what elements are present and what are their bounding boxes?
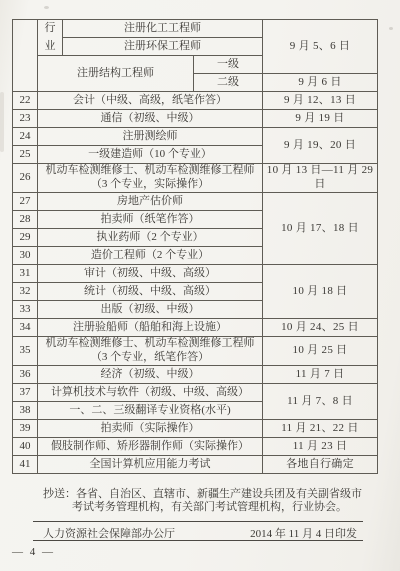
exam-date: 10 月 18 日 [263,265,378,319]
project-name: 出版（初级、中级） [38,301,263,319]
project-name: 执业药师（2 个专业） [38,229,263,247]
project-name: 机动车检测维修士、机动车检测维修工程师（3 个专业，纸笔作答） [38,337,263,366]
row-number: 40 [13,438,38,456]
cc-note: 抄送：各省、自治区、直辖市、新疆生产建设兵团及有关副省级市 考试考务管理机构，有… [43,488,365,514]
row-number: 28 [13,211,38,229]
exam-date: 11 月 7 日 [263,366,378,384]
table-row: 36 经济（初级、中级） 11 月 7 日 [13,366,378,384]
project-name: 注册化工工程师 [63,20,263,38]
scan-artifact [44,6,49,9]
row-number: 31 [13,265,38,283]
project-name: 注册测绘师 [38,128,263,146]
issuing-office: 人力资源社会保障部办公厅 [43,525,175,541]
project-name: 计算机技术与软件（初级、中级、高级） [38,384,263,402]
exam-date: 11 月 23 日 [263,438,378,456]
table-row: 37 计算机技术与软件（初级、中级、高级） 11 月 7、8 日 [13,384,378,402]
row-number: 25 [13,146,38,164]
project-name: 注册结构工程师 [38,56,194,92]
table-row: 40 假肢制作师、矫形器制作师（实际操作） 11 月 23 日 [13,438,378,456]
exam-date: 10 月 24、25 日 [263,319,378,337]
scanned-document-page: 行业 注册化工工程师 9 月 5、6 日 注册环保工程师 注册结构工程师 一级 … [0,0,400,571]
row-number: 37 [13,384,38,402]
project-name: 拍卖师（实际操作） [38,420,263,438]
row-number: 36 [13,366,38,384]
project-name: 假肢制作师、矫形器制作师（实际操作） [38,438,263,456]
exam-date: 10 月 17、18 日 [263,193,378,265]
cc-note-line2: 考试考务管理机构，有关部门考试管理机构，行业协会。 [43,501,365,514]
row-number: 35 [13,337,38,366]
scan-artifact [389,27,393,30]
table-row: 22 会计（中级、高级，纸笔作答） 9 月 12、13 日 [13,92,378,110]
row-number: 39 [13,420,38,438]
project-name: 注册验船师（船舶和海上设施） [38,319,263,337]
table-row: 39 拍卖师（实际操作） 11 月 21、22 日 [13,420,378,438]
scan-artifact [0,92,4,152]
table-row: 26 机动车检测维修士、机动车检测维修工程师（3 个专业，实际操作） 10 月 … [13,164,378,193]
footer-divider-bottom [33,540,363,541]
exam-date: 9 月 5、6 日 [263,20,378,74]
project-name: 注册环保工程师 [63,38,263,56]
row-number: 38 [13,402,38,420]
level-label: 二级 [194,74,263,92]
project-name: 审计（初级、中级、高级） [38,265,263,283]
table-row: 行业 注册化工工程师 9 月 5、6 日 [13,20,378,38]
project-name: 经济（初级、中级） [38,366,263,384]
table-row: 24 注册测绘师 9 月 19、20 日 [13,128,378,146]
exam-schedule-table: 行业 注册化工工程师 9 月 5、6 日 注册环保工程师 注册结构工程师 一级 … [12,19,378,474]
level-label: 一级 [194,56,263,74]
industry-group-label-text: 行业 [44,20,56,55]
project-name: 通信（初级、中级） [38,110,263,128]
table-row: 34 注册验船师（船舶和海上设施） 10 月 24、25 日 [13,319,378,337]
table-row: 41 全国计算机应用能力考试 各地自行确定 [13,456,378,474]
exam-date: 9 月 19、20 日 [263,128,378,164]
project-name: 拍卖师（纸笔作答） [38,211,263,229]
row-number: 29 [13,229,38,247]
row-number: 30 [13,247,38,265]
project-name: 一级建造师（10 个专业） [38,146,263,164]
row-number: 24 [13,128,38,146]
project-name: 统计（初级、中级、高级） [38,283,263,301]
row-number: 27 [13,193,38,211]
row-number: 22 [13,92,38,110]
row-number: 33 [13,301,38,319]
table-row: 31 审计（初级、中级、高级） 10 月 18 日 [13,265,378,283]
exam-date: 各地自行确定 [263,456,378,474]
print-date: 2014 年 11 月 4 日印发 [250,525,357,541]
exam-date: 9 月 6 日 [263,74,378,92]
project-name: 房地产估价师 [38,193,263,211]
exam-date: 11 月 21、22 日 [263,420,378,438]
project-name: 会计（中级、高级，纸笔作答） [38,92,263,110]
row-number-empty [13,20,38,92]
exam-date: 9 月 12、13 日 [263,92,378,110]
project-name: 机动车检测维修士、机动车检测维修工程师（3 个专业，实际操作） [38,164,263,193]
exam-date: 10 月 13 日—11 月 29 日 [263,164,378,193]
issuer-row: 人力资源社会保障部办公厅 2014 年 11 月 4 日印发 [43,525,357,541]
industry-group-label: 行业 [38,20,63,56]
exam-date: 9 月 19 日 [263,110,378,128]
exam-date: 11 月 7、8 日 [263,384,378,420]
footer-divider-top [33,521,363,522]
project-name: 一、二、三级翻译专业资格(水平) [38,402,263,420]
project-name: 全国计算机应用能力考试 [38,456,263,474]
row-number: 32 [13,283,38,301]
table-row: 35 机动车检测维修士、机动车检测维修工程师（3 个专业，纸笔作答） 10 月 … [13,337,378,366]
table-row: 23 通信（初级、中级） 9 月 19 日 [13,110,378,128]
table-row: 27 房地产估价师 10 月 17、18 日 [13,193,378,211]
cc-note-line1: 抄送：各省、自治区、直辖市、新疆生产建设兵团及有关副省级市 [43,488,365,501]
project-name: 造价工程师（2 个专业） [38,247,263,265]
exam-date: 10 月 25 日 [263,337,378,366]
row-number: 26 [13,164,38,193]
row-number: 23 [13,110,38,128]
row-number: 41 [13,456,38,474]
row-number: 34 [13,319,38,337]
page-number: — 4 — [12,546,55,558]
